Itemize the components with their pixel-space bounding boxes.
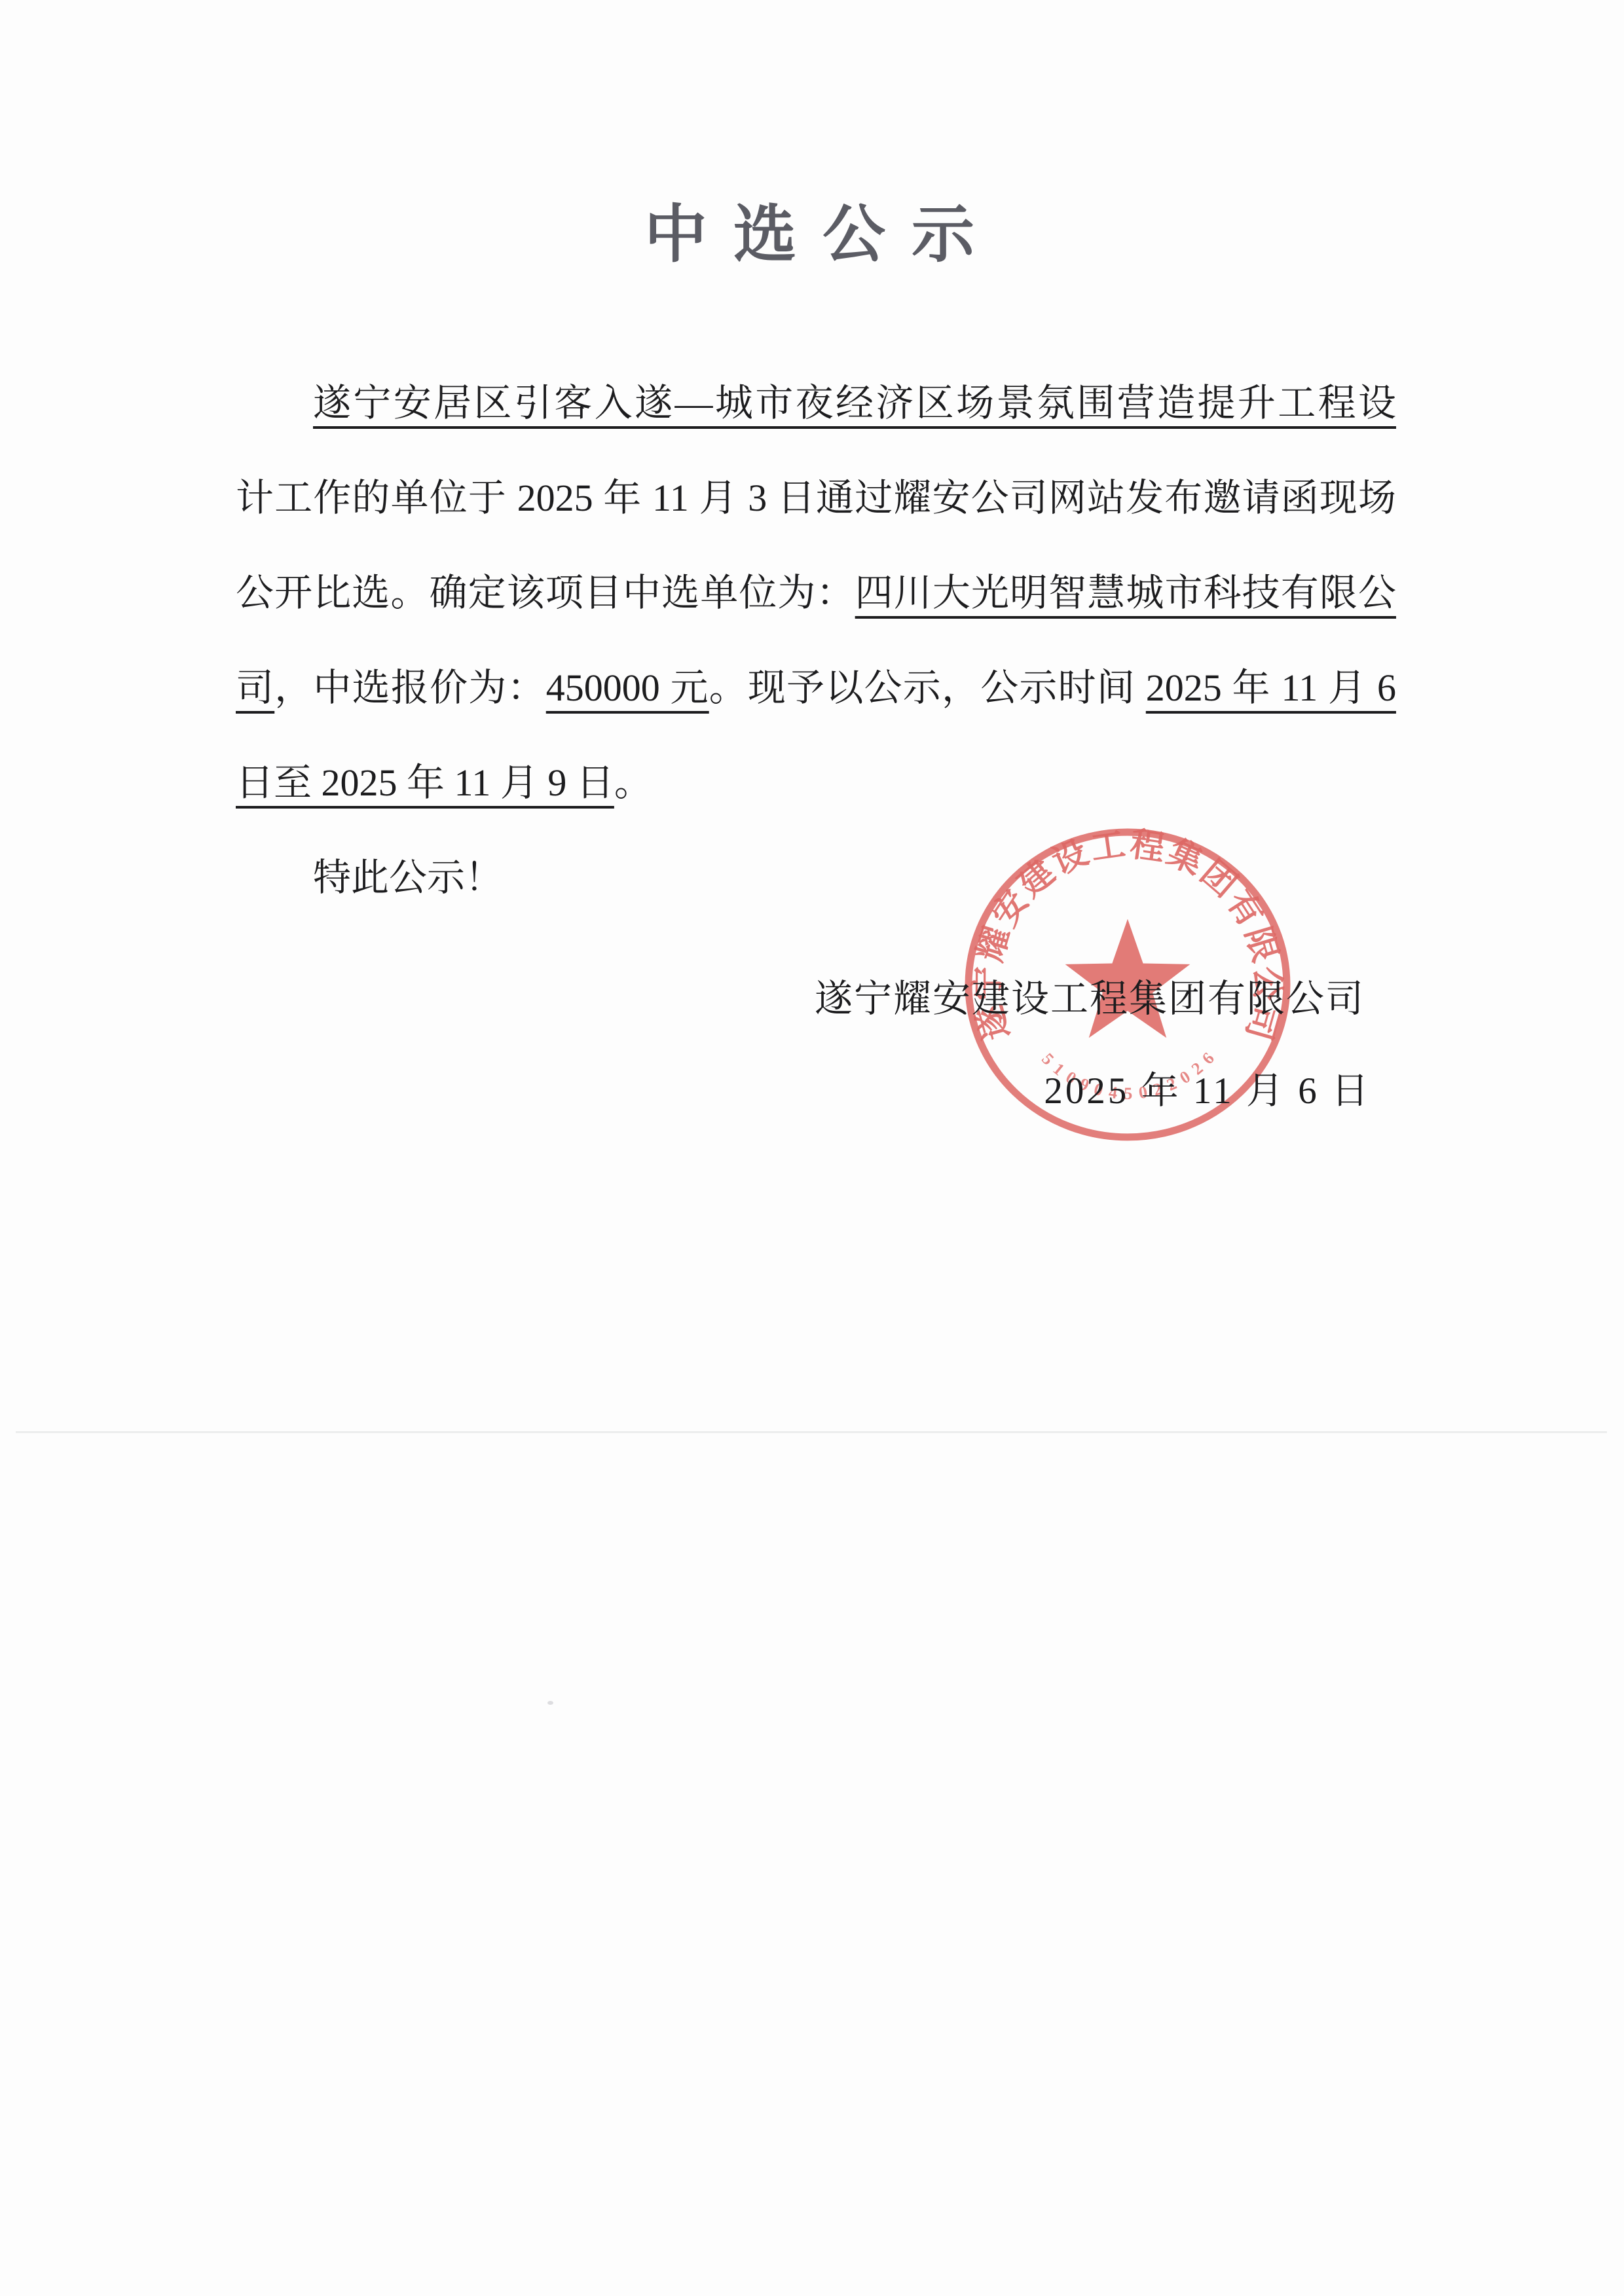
text-segment: 。	[614, 761, 652, 804]
body-line-1: 遂宁安居区引客入遂—城市夜经济区场景氛围营造提升工程设	[236, 355, 1396, 450]
text-segment-end-date: 日至 2025 年 11 月 9 日	[236, 761, 614, 804]
document-title: 中 选 公 示	[0, 185, 1624, 274]
signature-company-name: 遂宁耀安建设工程集团有限公司	[815, 968, 1365, 1023]
text-segment-start-date: 2025 年 11 月 6	[1146, 666, 1396, 709]
signature-date: 2025 年 11 月 6 日	[1044, 1061, 1371, 1114]
scan-speck-artifact	[547, 1701, 553, 1705]
text-segment: 司	[236, 666, 274, 709]
text-segment-closing: 特此公示！	[313, 856, 503, 899]
text-segment: ，中选报价为：	[274, 666, 546, 709]
text-segment-winning-company: 四川大光明智慧城市科技有限公	[855, 572, 1396, 614]
text-segment: 公开比选。确定该项目中选单位为：	[236, 572, 855, 614]
body-line-2: 计工作的单位于 2025 年 11 月 3 日通过耀安公司网站发布邀请函现场	[236, 450, 1396, 545]
text-segment: 。现予以公示，公示时间	[709, 666, 1146, 709]
body-line-4: 司，中选报价为：450000 元。现予以公示，公示时间 2025 年 11 月 …	[236, 640, 1396, 735]
body-line-6: 特此公示！	[236, 830, 1396, 925]
text-segment: 计工作的单位于 2025 年 11 月 3 日通过耀安公司网站发布邀请函现场	[236, 477, 1396, 519]
body-line-5: 日至 2025 年 11 月 9 日。	[236, 735, 1396, 830]
scanned-document-page: { "document": { "title": "中 选 公 示", "bod…	[0, 0, 1624, 2296]
text-segment: 遂宁安居区引客入遂—城市夜经济区场景氛围营造提升工程设	[313, 382, 1396, 424]
text-segment-bid-price: 450000 元	[546, 666, 709, 709]
scan-streak-artifact	[16, 1431, 1607, 1433]
document-body: 遂宁安居区引客入遂—城市夜经济区场景氛围营造提升工程设 计工作的单位于 2025…	[236, 355, 1396, 925]
body-line-3: 公开比选。确定该项目中选单位为：四川大光明智慧城市科技有限公	[236, 545, 1396, 640]
